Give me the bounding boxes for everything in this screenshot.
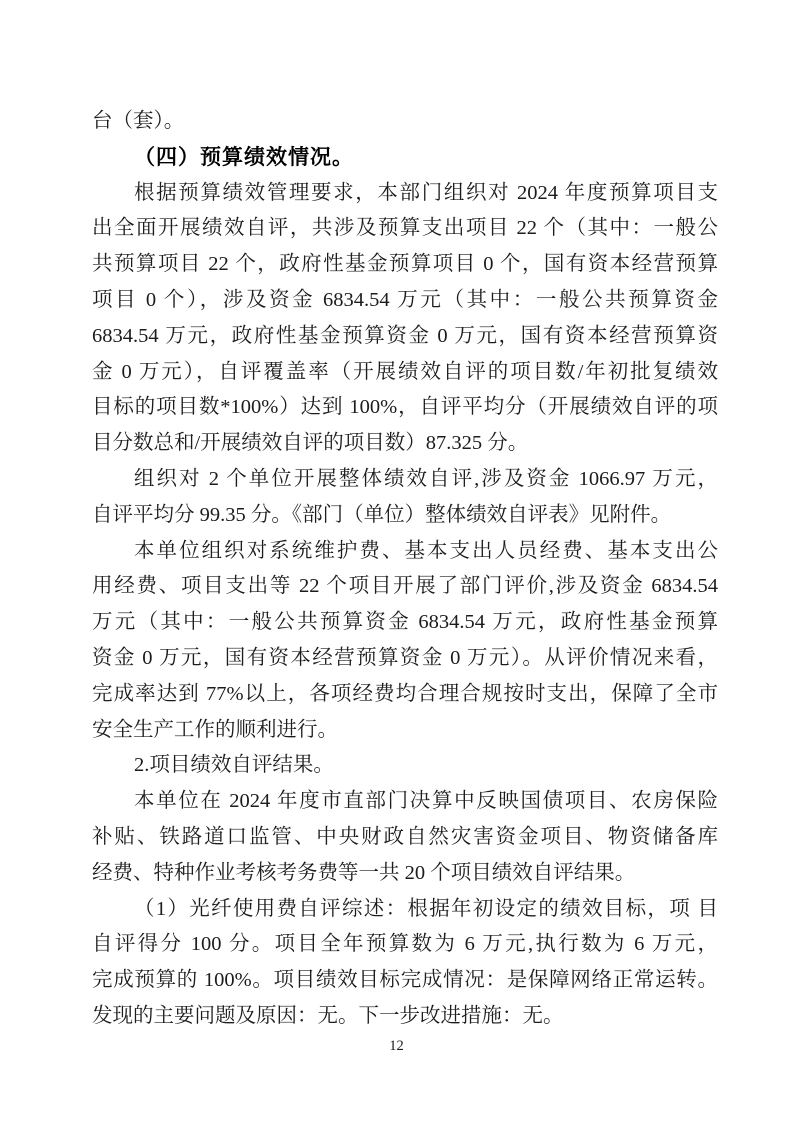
text-line: 完成预算的 100%。项目绩效目标完成情况：是保障网络正常运转。	[92, 963, 718, 999]
text-line: 万元（其中：一般公共预算资金 6834.54 万元，政府性基金预算	[92, 605, 718, 641]
document-page: 台（套）。（四）预算绩效情况。根据预算绩效管理要求，本部门组织对 2024 年度…	[0, 0, 793, 1122]
document-body: 台（套）。（四）预算绩效情况。根据预算绩效管理要求，本部门组织对 2024 年度…	[92, 104, 718, 1035]
text-line: 6834.54 万元，政府性基金预算资金 0 万元，国有资本经营预算资	[92, 319, 718, 355]
text-line: 本单位在 2024 年度市直部门决算中反映国债项目、农房保险	[92, 784, 718, 820]
text-line: 用经费、项目支出等 22 个项目开展了部门评价,涉及资金 6834.54	[92, 569, 718, 605]
text-line: 补贴、铁路道口监管、中央财政自然灾害资金项目、物资储备库	[92, 820, 718, 856]
text-line: 自评平均分 99.35 分。《部门（单位）整体绩效自评表》见附件。	[92, 498, 718, 534]
text-line: 目分数总和/开展绩效自评的项目数）87.325 分。	[92, 426, 718, 462]
page-number: 12	[0, 1038, 793, 1055]
text-line: 自评得分 100 分。项目全年预算数为 6 万元,执行数为 6 万元，	[92, 927, 718, 963]
text-line: 2.项目绩效自评结果。	[92, 748, 718, 784]
text-line: 台（套）。	[92, 104, 718, 140]
text-line: 安全生产工作的顺利进行。	[92, 713, 718, 749]
text-line: 项目 0 个），涉及资金 6834.54 万元（其中：一般公共预算资金	[92, 283, 718, 319]
text-line: 资金 0 万元，国有资本经营预算资金 0 万元）。从评价情况来看，	[92, 641, 718, 677]
text-line: 经费、特种作业考核考务费等一共 20 个项目绩效自评结果。	[92, 856, 718, 892]
text-line: 完成率达到 77%以上，各项经费均合理合规按时支出，保障了全市	[92, 677, 718, 713]
text-line: 金 0 万元），自评覆盖率（开展绩效自评的项目数/年初批复绩效	[92, 355, 718, 391]
text-line: 目标的项目数*100%）达到 100%，自评平均分（开展绩效自评的项	[92, 390, 718, 426]
text-line: 发现的主要问题及原因：无。下一步改进措施：无。	[92, 999, 718, 1035]
text-line: 出全面开展绩效自评，共涉及预算支出项目 22 个（其中：一般公	[92, 211, 718, 247]
text-line: 本单位组织对系统维护费、基本支出人员经费、基本支出公	[92, 534, 718, 570]
text-line: 根据预算绩效管理要求，本部门组织对 2024 年度预算项目支	[92, 176, 718, 212]
text-line: （1）光纤使用费自评综述：根据年初设定的绩效目标，项 目	[92, 892, 718, 928]
text-line: 共预算项目 22 个，政府性基金预算项目 0 个，国有资本经营预算	[92, 247, 718, 283]
section-heading: （四）预算绩效情况。	[92, 140, 718, 176]
text-line: 组织对 2 个单位开展整体绩效自评,涉及资金 1066.97 万元，	[92, 462, 718, 498]
